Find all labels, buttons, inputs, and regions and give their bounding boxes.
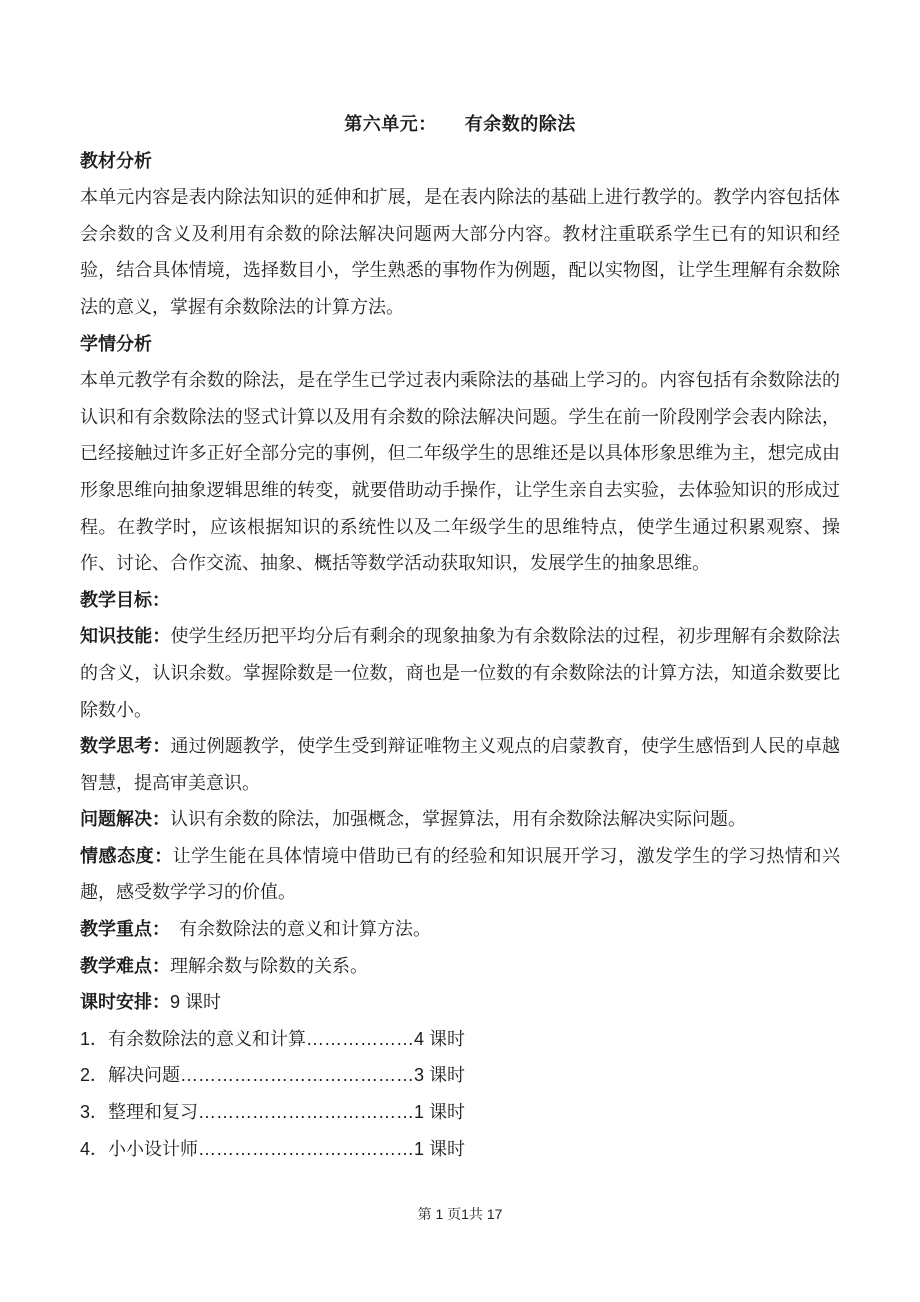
document-page: 第六单元： 有余数的除法 教材分析 本单元内容是表内除法知识的延伸和扩展，是在表… <box>0 0 920 1302</box>
page-title: 第六单元： 有余数的除法 <box>80 106 840 143</box>
schedule-hours: 1 课时 <box>414 1139 465 1159</box>
emotional-attitude-label: 情感态度： <box>80 846 173 866</box>
emotional-attitude-text: 让学生能在具体情境中借助已有的经验和知识展开学习，激发学生的学习热情和兴趣，感受… <box>80 846 840 903</box>
math-thinking-text: 通过例题教学，使学生受到辩证唯物主义观点的启蒙教育，使学生感悟到人民的卓越智慧，… <box>80 736 840 793</box>
math-thinking-label: 数学思考： <box>80 736 171 756</box>
schedule-hours: 3 课时 <box>414 1065 465 1085</box>
dot-leader: ……………………………… <box>198 1139 414 1159</box>
paragraph-learner-analysis: 本单元教学有余数的除法，是在学生已学过表内乘除法的基础上学习的。内容包括有余数除… <box>80 362 840 582</box>
teaching-difficulty-text: 理解余数与除数的关系。 <box>170 956 368 976</box>
dot-leader: ………………………………… <box>180 1065 414 1085</box>
lesson-plan-text: 9 课时 <box>170 992 221 1012</box>
paragraph-textbook-analysis: 本单元内容是表内除法知识的延伸和扩展，是在表内除法的基础上进行教学的。教学内容包… <box>80 179 840 325</box>
problem-solving-text: 认识有余数的除法，加强概念，掌握算法，用有余数除法解决实际问题。 <box>170 809 746 829</box>
heading-learner-analysis: 学情分析 <box>80 326 840 363</box>
problem-solving-label: 问题解决： <box>80 809 170 829</box>
knowledge-skills-label: 知识技能： <box>80 626 171 646</box>
schedule-item-4: 4．小小设计师………………………………1 课时 <box>80 1131 840 1168</box>
knowledge-skills-text: 使学生经历把平均分后有剩余的现象抽象为有余数除法的过程，初步理解有余数除法的含义… <box>80 626 840 719</box>
schedule-item-3: 3．整理和复习………………………………1 课时 <box>80 1094 840 1131</box>
teaching-focus-label: 教学重点： <box>80 919 161 939</box>
teaching-difficulty-label: 教学难点： <box>80 956 170 976</box>
lesson-plan-label: 课时安排： <box>80 992 170 1012</box>
paragraph-problem-solving: 问题解决：认识有余数的除法，加强概念，掌握算法，用有余数除法解决实际问题。 <box>80 801 840 838</box>
schedule-label: 2．解决问题 <box>80 1065 180 1085</box>
schedule-hours: 4 课时 <box>414 1029 465 1049</box>
heading-textbook-analysis: 教材分析 <box>80 143 840 180</box>
heading-teaching-goals: 教学目标： <box>80 582 840 619</box>
paragraph-math-thinking: 数学思考：通过例题教学，使学生受到辩证唯物主义观点的启蒙教育，使学生感悟到人民的… <box>80 728 840 801</box>
paragraph-teaching-focus: 教学重点： 有余数除法的意义和计算方法。 <box>80 911 840 948</box>
schedule-item-1: 1．有余数除法的意义和计算………………4 课时 <box>80 1021 840 1058</box>
schedule-hours: 1 课时 <box>414 1102 465 1122</box>
teaching-focus-text: 有余数除法的意义和计算方法。 <box>161 919 431 939</box>
schedule-label: 1．有余数除法的意义和计算 <box>80 1029 306 1049</box>
paragraph-emotional-attitude: 情感态度：让学生能在具体情境中借助已有的经验和知识展开学习，激发学生的学习热情和… <box>80 838 840 911</box>
schedule-item-2: 2．解决问题…………………………………3 课时 <box>80 1057 840 1094</box>
dot-leader: ……………………………… <box>198 1102 414 1122</box>
paragraph-lesson-plan: 课时安排：9 课时 <box>80 984 840 1021</box>
page-footer: 第 1 页1共 17 <box>0 1204 920 1224</box>
paragraph-knowledge-skills: 知识技能：使学生经历把平均分后有剩余的现象抽象为有余数除法的过程，初步理解有余数… <box>80 618 840 728</box>
schedule-label: 4．小小设计师 <box>80 1139 198 1159</box>
paragraph-teaching-difficulty: 教学难点：理解余数与除数的关系。 <box>80 948 840 985</box>
dot-leader: ……………… <box>306 1029 414 1049</box>
schedule-label: 3．整理和复习 <box>80 1102 198 1122</box>
